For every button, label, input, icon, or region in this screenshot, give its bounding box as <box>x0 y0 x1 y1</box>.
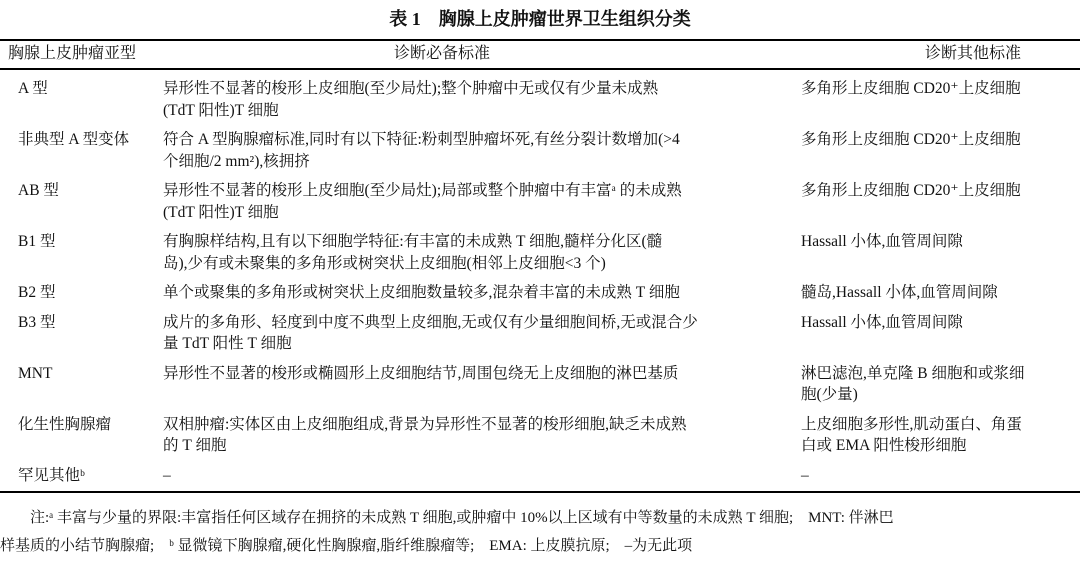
cell-subtype: 化生性胸腺瘤 <box>0 414 160 465</box>
cell-essential-criteria: 异形性不显著的梭形上皮细胞(至少局灶);局部或整个肿瘤中有丰富ᵃ 的未成熟 (T… <box>160 180 796 231</box>
table-row: 非典型 A 型变体 符合 A 型胸腺瘤标准,同时有以下特征:粉刺型肿瘤坏死,有丝… <box>0 129 1080 180</box>
table-row: 化生性胸腺瘤 双相肿瘤:实体区由上皮细胞组成,背景为异形性不显著的梭形细胞,缺乏… <box>0 414 1080 465</box>
column-header-subtype: 胸腺上皮肿瘤亚型 <box>0 40 160 69</box>
cell-essential-criteria: 异形性不显著的梭形上皮细胞(至少局灶);整个肿瘤中无或仅有少量未成熟 (TdT … <box>160 69 796 129</box>
table-row: A 型 异形性不显著的梭形上皮细胞(至少局灶);整个肿瘤中无或仅有少量未成熟 (… <box>0 69 1080 129</box>
column-header-essential-criteria: 诊断必备标准 <box>160 40 796 69</box>
table-caption: 表 1 胸腺上皮肿瘤世界卫生组织分类 <box>0 0 1080 31</box>
cell-subtype: 罕见其他ᵇ <box>0 465 160 493</box>
cell-other-criteria: Hassall 小体,血管周间隙 <box>796 312 1080 363</box>
cell-subtype: B1 型 <box>0 231 160 282</box>
document-page: 表 1 胸腺上皮肿瘤世界卫生组织分类 胸腺上皮肿瘤亚型 诊断必备标准 诊断其他标… <box>0 0 1080 564</box>
column-header-other-criteria: 诊断其他标准 <box>796 40 1080 69</box>
cell-subtype: 非典型 A 型变体 <box>0 129 160 180</box>
cell-other-criteria: 多角形上皮细胞 CD20⁺上皮细胞 <box>796 129 1080 180</box>
cell-other-criteria: – <box>796 465 1080 493</box>
cell-other-criteria: Hassall 小体,血管周间隙 <box>796 231 1080 282</box>
table-row: 罕见其他ᵇ – – <box>0 465 1080 493</box>
cell-other-criteria: 髓岛,Hassall 小体,血管周间隙 <box>796 282 1080 312</box>
cell-other-criteria: 多角形上皮细胞 CD20⁺上皮细胞 <box>796 180 1080 231</box>
table-row: B2 型 单个或聚集的多角形或树突状上皮细胞数量较多,混杂着丰富的未成熟 T 细… <box>0 282 1080 312</box>
cell-other-criteria: 上皮细胞多形性,肌动蛋白、角蛋 白或 EMA 阳性梭形细胞 <box>796 414 1080 465</box>
cell-subtype: B2 型 <box>0 282 160 312</box>
cell-essential-criteria: 单个或聚集的多角形或树突状上皮细胞数量较多,混杂着丰富的未成熟 T 细胞 <box>160 282 796 312</box>
classification-table: 胸腺上皮肿瘤亚型 诊断必备标准 诊断其他标准 A 型 异形性不显著的梭形上皮细胞… <box>0 39 1080 493</box>
footnote-line: 样基质的小结节胸腺瘤; ᵇ 显微镜下胸腺瘤,硬化性胸腺瘤,脂纤维腺瘤等; EMA… <box>0 532 1076 560</box>
cell-subtype: MNT <box>0 363 160 414</box>
cell-subtype: A 型 <box>0 69 160 129</box>
cell-other-criteria: 淋巴滤泡,单克隆 B 细胞和或浆细 胞(少量) <box>796 363 1080 414</box>
table-footnote: 注:ᵃ 丰富与少量的界限:丰富指任何区域存在拥挤的未成熟 T 细胞,或肿瘤中 1… <box>0 504 1080 560</box>
cell-essential-criteria: 异形性不显著的梭形或椭圆形上皮细胞结节,周围包绕无上皮细胞的淋巴基质 <box>160 363 796 414</box>
table-row: AB 型 异形性不显著的梭形上皮细胞(至少局灶);局部或整个肿瘤中有丰富ᵃ 的未… <box>0 180 1080 231</box>
cell-subtype: B3 型 <box>0 312 160 363</box>
cell-essential-criteria: 有胸腺样结构,且有以下细胞学特征:有丰富的未成熟 T 细胞,髓样分化区(髓 岛)… <box>160 231 796 282</box>
footnote-line: 注:ᵃ 丰富与少量的界限:丰富指任何区域存在拥挤的未成熟 T 细胞,或肿瘤中 1… <box>0 504 1076 532</box>
cell-essential-criteria: 符合 A 型胸腺瘤标准,同时有以下特征:粉刺型肿瘤坏死,有丝分裂计数增加(>4 … <box>160 129 796 180</box>
cell-essential-criteria: 成片的多角形、轻度到中度不典型上皮细胞,无或仅有少量细胞间桥,无或混合少 量 T… <box>160 312 796 363</box>
cell-essential-criteria: – <box>160 465 796 493</box>
cell-essential-criteria: 双相肿瘤:实体区由上皮细胞组成,背景为异形性不显著的梭形细胞,缺乏未成熟 的 T… <box>160 414 796 465</box>
table-header-row: 胸腺上皮肿瘤亚型 诊断必备标准 诊断其他标准 <box>0 40 1080 69</box>
cell-subtype: AB 型 <box>0 180 160 231</box>
table-row: B1 型 有胸腺样结构,且有以下细胞学特征:有丰富的未成熟 T 细胞,髓样分化区… <box>0 231 1080 282</box>
cell-other-criteria: 多角形上皮细胞 CD20⁺上皮细胞 <box>796 69 1080 129</box>
table-row: MNT 异形性不显著的梭形或椭圆形上皮细胞结节,周围包绕无上皮细胞的淋巴基质 淋… <box>0 363 1080 414</box>
table-row: B3 型 成片的多角形、轻度到中度不典型上皮细胞,无或仅有少量细胞间桥,无或混合… <box>0 312 1080 363</box>
